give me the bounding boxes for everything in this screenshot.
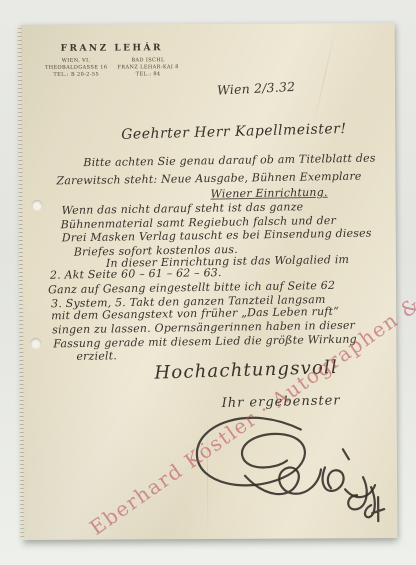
letter-paper: FRANZ LEHÁR WIEN, VI. THEOBALDGASSE 16 T… bbox=[21, 23, 398, 540]
punch-hole-bottom bbox=[30, 338, 41, 349]
closing-formula: Hochachtungsvoll bbox=[154, 358, 338, 384]
letterhead-name: FRANZ LEHÁR bbox=[49, 43, 175, 54]
letter-line: erzielt. bbox=[76, 350, 117, 363]
closing-signoff: Ihr ergebenster bbox=[221, 394, 340, 412]
paper-crease bbox=[312, 23, 338, 132]
letterhead-address-left: WIEN, VI. THEOBALDGASSE 16 TEL.: B 20-2-… bbox=[40, 58, 113, 79]
signature-flourish bbox=[185, 413, 401, 526]
letter-line: Bitte achten Sie genau darauf ob am Tite… bbox=[83, 153, 375, 170]
address-line: TEL.: B 20-2-55 bbox=[45, 72, 107, 79]
address-line: TEL.: 84 bbox=[117, 71, 178, 78]
letter-line: Wiener Einrichtung. bbox=[210, 187, 327, 201]
handwritten-date: Wien 2/3.32 bbox=[217, 80, 296, 98]
letter-line: Fassung gerade mit diesem Lied die größt… bbox=[53, 334, 357, 351]
signature-lehar bbox=[185, 413, 401, 530]
punch-hole-top bbox=[32, 200, 43, 211]
torn-left-edge bbox=[18, 25, 25, 540]
letterhead-address-right: BAD ISCHL FRANZ LEHAR-KAI 8 TEL.: 84 bbox=[112, 57, 183, 78]
photo-background: FRANZ LEHÁR WIEN, VI. THEOBALDGASSE 16 T… bbox=[0, 0, 416, 565]
salutation: Geehrter Herr Kapellmeister! bbox=[121, 121, 347, 143]
letterhead: FRANZ LEHÁR WIEN, VI. THEOBALDGASSE 16 T… bbox=[49, 43, 175, 79]
